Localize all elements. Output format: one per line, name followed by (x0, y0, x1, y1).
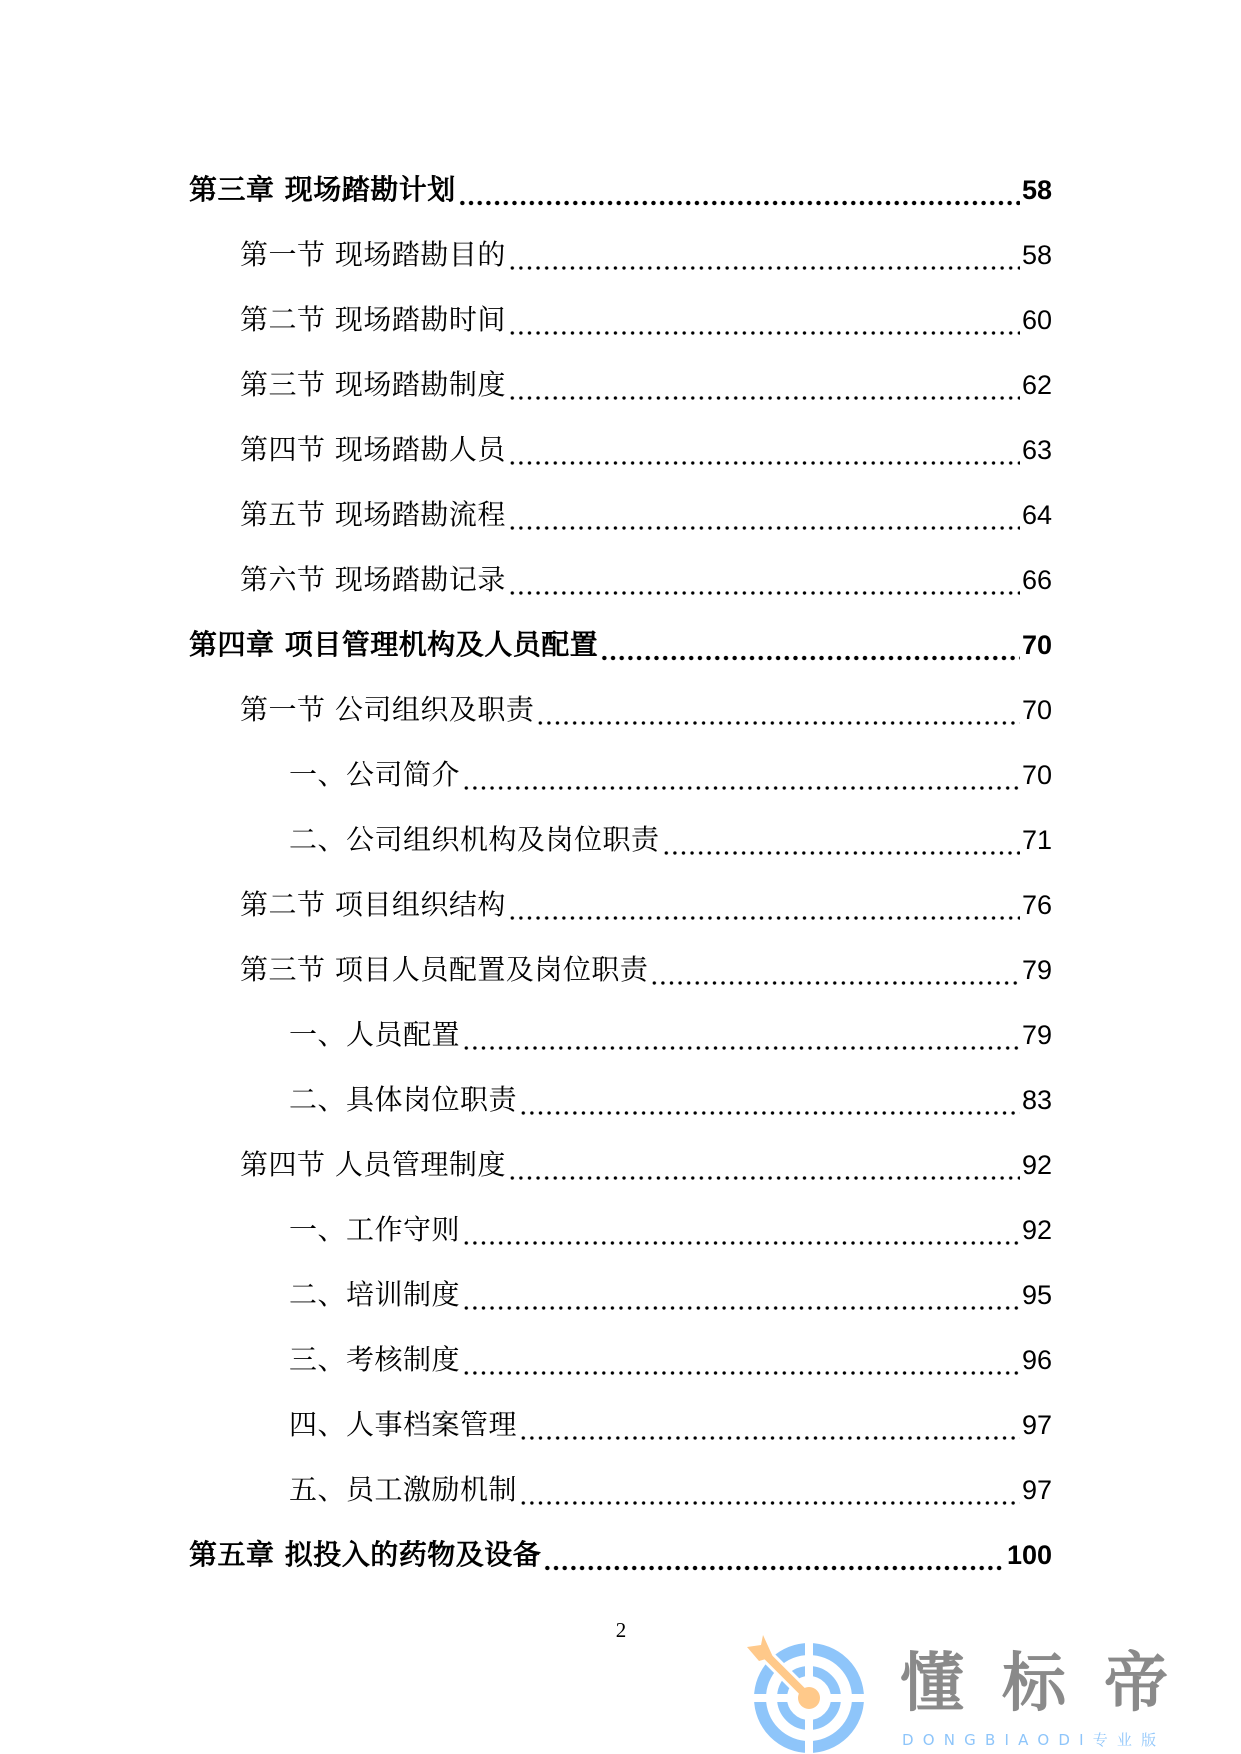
dot-leader (462, 1210, 1020, 1250)
dot-leader (508, 300, 1020, 340)
toc-entry-label: 二、公司组织机构及岗位职责 (289, 820, 660, 860)
toc-entry-page: 92 (1022, 1210, 1052, 1250)
toc-entry[interactable]: 第四节 现场踏勘人员 63 (240, 430, 1052, 470)
toc-entry[interactable]: 二、公司组织机构及岗位职责 71 (289, 820, 1052, 860)
dot-leader (600, 625, 1020, 665)
toc-entry[interactable]: 一、公司简介 70 (289, 755, 1052, 795)
toc-entry[interactable]: 一、人员配置 79 (289, 1015, 1052, 1055)
toc-entry[interactable]: 第六节 现场踏勘记录 66 (240, 560, 1052, 600)
toc-entry-page: 63 (1022, 430, 1052, 470)
dot-leader (543, 1535, 1005, 1575)
toc-entry-page: 58 (1022, 235, 1052, 275)
toc-entry-page: 71 (1022, 820, 1052, 860)
dot-leader (519, 1080, 1020, 1120)
dot-leader (462, 755, 1020, 795)
dot-leader (458, 170, 1020, 210)
dot-leader (519, 1405, 1020, 1445)
toc-entry[interactable]: 五、员工激励机制 97 (289, 1470, 1052, 1510)
dot-leader (508, 560, 1020, 600)
toc-entry-label: 第四章 项目管理机构及人员配置 (189, 625, 598, 665)
toc-entry-chapter-5[interactable]: 第五章 拟投入的药物及设备 100 (189, 1535, 1052, 1575)
dot-leader (508, 365, 1020, 405)
dot-leader (508, 235, 1020, 275)
toc-entry-label: 四、人事档案管理 (289, 1405, 517, 1445)
toc-entry-page: 62 (1022, 365, 1052, 405)
toc-entry-page: 60 (1022, 300, 1052, 340)
toc-entry-page: 100 (1007, 1535, 1052, 1575)
dot-leader (536, 690, 1020, 730)
toc-entry[interactable]: 二、培训制度 95 (289, 1275, 1052, 1315)
toc-entry-label: 第六节 现场踏勘记录 (240, 560, 506, 600)
toc-entry-label: 第一节 现场踏勘目的 (240, 235, 506, 275)
dot-leader (462, 1275, 1020, 1315)
toc-entry[interactable]: 第一节 公司组织及职责 70 (240, 690, 1052, 730)
toc-entry[interactable]: 三、考核制度 96 (289, 1340, 1052, 1380)
toc-entry-label: 三、考核制度 (289, 1340, 460, 1380)
toc-entry-page: 96 (1022, 1340, 1052, 1380)
toc-entry-page: 97 (1022, 1470, 1052, 1510)
toc-entry-label: 第四节 现场踏勘人员 (240, 430, 506, 470)
toc-entry[interactable]: 一、工作守则 92 (289, 1210, 1052, 1250)
toc-entry-label: 第一节 公司组织及职责 (240, 690, 534, 730)
toc-entry[interactable]: 第五节 现场踏勘流程 64 (240, 495, 1052, 535)
dot-leader (508, 430, 1020, 470)
toc-entry-label: 第五节 现场踏勘流程 (240, 495, 506, 535)
toc-entry-label: 二、具体岗位职责 (289, 1080, 517, 1120)
toc-entry[interactable]: 第二节 现场踏勘时间 60 (240, 300, 1052, 340)
toc-entry-page: 70 (1022, 755, 1052, 795)
toc-entry-page: 95 (1022, 1275, 1052, 1315)
toc-entry-page: 66 (1022, 560, 1052, 600)
dot-leader (508, 885, 1020, 925)
toc-entry-page: 76 (1022, 885, 1052, 925)
toc-entry-label: 第二节 现场踏勘时间 (240, 300, 506, 340)
toc-entry-page: 83 (1022, 1080, 1052, 1120)
dot-leader (662, 820, 1020, 860)
dot-leader (462, 1340, 1020, 1380)
dot-leader (519, 1470, 1020, 1510)
toc-entry-label: 五、员工激励机制 (289, 1470, 517, 1510)
toc-entry-label: 第四节 人员管理制度 (240, 1145, 506, 1185)
toc-entry[interactable]: 第二节 项目组织结构 76 (240, 885, 1052, 925)
page-number: 2 (611, 1618, 631, 1643)
toc-entry-label: 第三节 项目人员配置及岗位职责 (240, 950, 648, 990)
toc-entry-chapter-4[interactable]: 第四章 项目管理机构及人员配置 70 (189, 625, 1052, 665)
toc-entry-page: 92 (1022, 1145, 1052, 1185)
toc-entry[interactable]: 二、具体岗位职责 83 (289, 1080, 1052, 1120)
toc-entry[interactable]: 第三节 现场踏勘制度 62 (240, 365, 1052, 405)
toc-entry[interactable]: 第一节 现场踏勘目的 58 (240, 235, 1052, 275)
toc-entry[interactable]: 第四节 人员管理制度 92 (240, 1145, 1052, 1185)
toc-entry-label: 第三节 现场踏勘制度 (240, 365, 506, 405)
dot-leader (508, 495, 1020, 535)
toc-entry-page: 70 (1022, 690, 1052, 730)
toc-entry-page: 79 (1022, 950, 1052, 990)
toc-entry-label: 第三章 现场踏勘计划 (189, 170, 456, 210)
dot-leader (650, 950, 1020, 990)
toc-entry-page: 58 (1022, 170, 1052, 210)
target-arrow-icon (745, 1635, 875, 1754)
toc-entry-page: 64 (1022, 495, 1052, 535)
logo-name-en: DONGBIAODI专业版 (902, 1731, 1165, 1749)
toc-entry-label: 第二节 项目组织结构 (240, 885, 506, 925)
dot-leader (508, 1145, 1020, 1185)
toc-entry-label: 一、工作守则 (289, 1210, 460, 1250)
toc-entry[interactable]: 四、人事档案管理 97 (289, 1405, 1052, 1445)
toc-entry-page: 70 (1022, 625, 1052, 665)
dot-leader (462, 1015, 1020, 1055)
toc-entry-label: 二、培训制度 (289, 1275, 460, 1315)
toc-entry[interactable]: 第三节 项目人员配置及岗位职责 79 (240, 950, 1052, 990)
toc-entry-label: 一、公司简介 (289, 755, 460, 795)
toc-entry-label: 第五章 拟投入的药物及设备 (189, 1535, 541, 1575)
toc-entry-chapter-3[interactable]: 第三章 现场踏勘计划 58 (189, 170, 1052, 210)
toc-entry-page: 79 (1022, 1015, 1052, 1055)
toc-entry-label: 一、人员配置 (289, 1015, 460, 1055)
logo-name-cn: 懂标帝 (900, 1649, 1210, 1719)
watermark-logo: 懂标帝 DONGBIAODI专业版 (745, 1635, 1241, 1754)
toc-entry-page: 97 (1022, 1405, 1052, 1445)
